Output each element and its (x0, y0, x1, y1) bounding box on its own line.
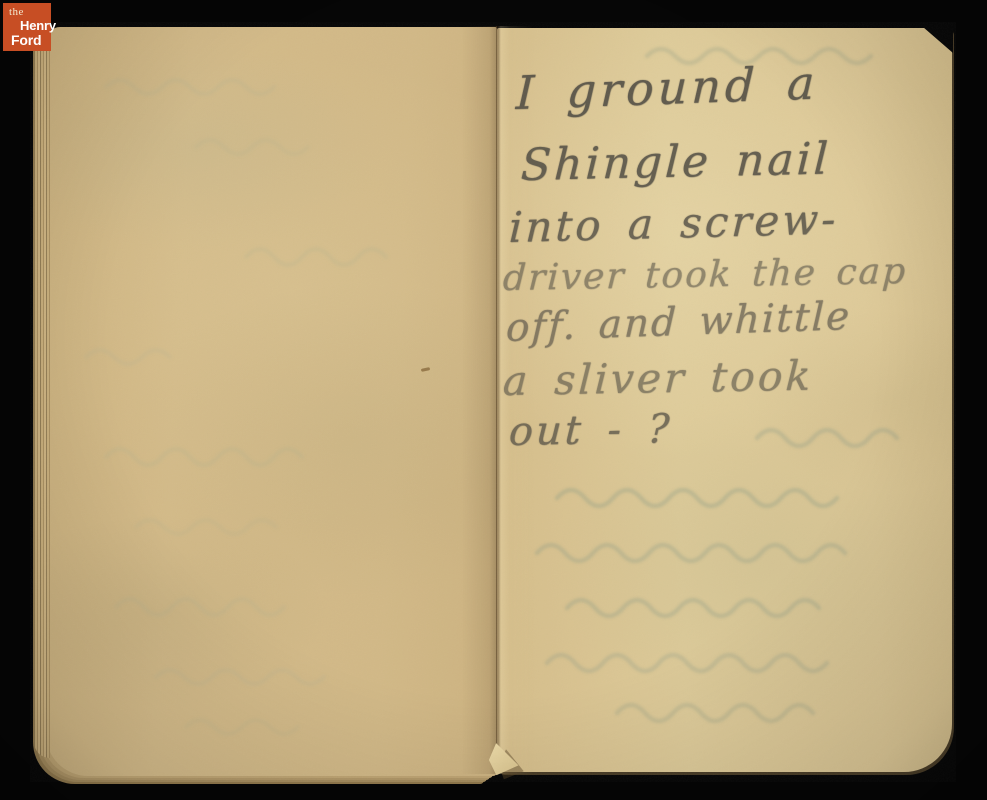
henry-ford-logo: the Henry Ford (3, 3, 51, 51)
handwriting-line-7: out - ? (508, 406, 674, 455)
handwriting-line-3: into a screw- (508, 194, 840, 252)
bleedthrough-left-marks (46, 27, 497, 776)
handwriting-line-2: Shingle nail (520, 133, 832, 191)
left-page (46, 27, 497, 776)
handwriting-line-4: driver took the cap (502, 251, 908, 299)
logo-word-ford: Ford (11, 33, 51, 47)
handwriting-line-1: I ground a (515, 55, 819, 120)
clipped-corner (923, 27, 953, 53)
handwriting-line-6: a sliver took (502, 352, 815, 405)
photo-stage: I ground a Shingle nail into a screw- dr… (0, 0, 987, 800)
spine-fold-line (496, 26, 497, 774)
notebook: I ground a Shingle nail into a screw- dr… (0, 0, 987, 800)
page-edge-stack (34, 34, 50, 758)
logo-word-the: the (9, 7, 51, 18)
logo-word-henry: Henry (20, 19, 51, 32)
